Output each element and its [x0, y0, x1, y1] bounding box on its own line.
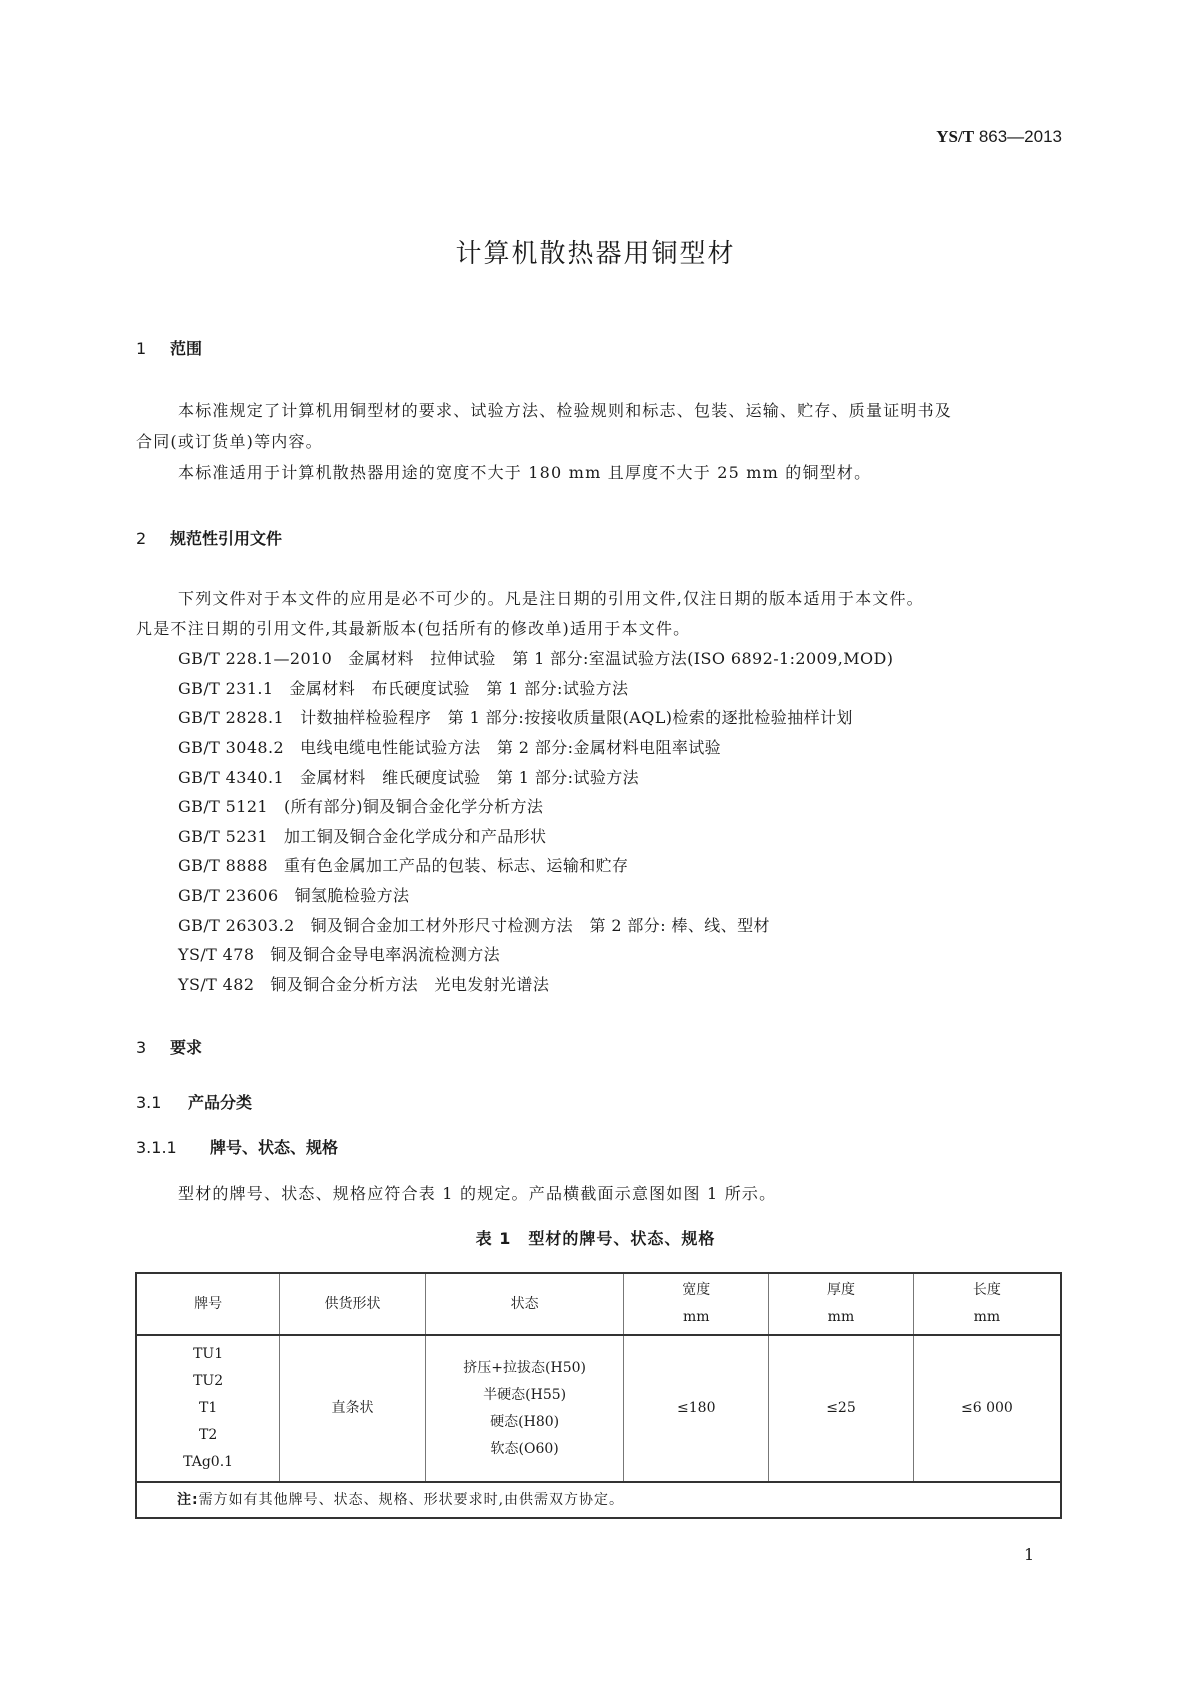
- section-3-1-heading: 3.1产品分类: [136, 1090, 252, 1113]
- header-unit: mm: [769, 1304, 913, 1331]
- section-title: 产品分类: [188, 1093, 252, 1112]
- reference-code: YS/T 478: [178, 945, 254, 964]
- reference-item: YS/T 478铜及铜合金导电率涡流检测方法: [178, 942, 500, 965]
- length-cell: ≤6 000: [913, 1335, 1061, 1482]
- reference-title: 铜及铜合金导电率涡流检测方法: [270, 945, 500, 964]
- paragraph: 下列文件对于本文件的应用是必不可少的。凡是注日期的引用文件,仅注日期的版本适用于…: [178, 586, 924, 609]
- reference-code: GB/T 23606: [178, 886, 279, 905]
- table-note-row: 注:需方如有其他牌号、状态、规格、形状要求时,由供需双方协定。: [136, 1482, 1061, 1518]
- note-label: 注:: [177, 1492, 199, 1508]
- reference-title: 金属材料 拉伸试验 第 1 部分:室温试验方法(ISO 6892-1:2009,…: [348, 649, 893, 668]
- reference-title: 铜及铜合金分析方法 光电发射光谱法: [270, 975, 549, 994]
- reference-item: GB/T 26303.2铜及铜合金加工材外形尺寸检测方法 第 2 部分: 棒、线…: [178, 913, 770, 936]
- table-row: TU1 TU2 T1 T2 TAg0.1 直条状 挤压+拉拔态(H50) 半硬态…: [136, 1335, 1061, 1482]
- section-3-1-1-heading: 3.1.1牌号、状态、规格: [136, 1135, 338, 1158]
- reference-code: GB/T 2828.1: [178, 708, 284, 727]
- column-header-grade: 牌号: [136, 1273, 280, 1335]
- grade: T2: [137, 1422, 279, 1449]
- column-header-thickness: 厚度 mm: [769, 1273, 914, 1335]
- shape-cell: 直条状: [280, 1335, 426, 1482]
- reference-code: GB/T 8888: [178, 856, 268, 875]
- section-number: 3.1: [136, 1093, 188, 1112]
- reference-code: GB/T 5231: [178, 827, 268, 846]
- width-cell: ≤180: [624, 1335, 769, 1482]
- section-number: 3.1.1: [136, 1138, 210, 1157]
- reference-title: 铜氢脆检验方法: [295, 886, 410, 905]
- note-text: 需方如有其他牌号、状态、规格、形状要求时,由供需双方协定。: [199, 1492, 624, 1508]
- reference-title: 电线电缆电性能试验方法 第 2 部分:金属材料电阻率试验: [300, 738, 721, 757]
- reference-code: GB/T 4340.1: [178, 768, 284, 787]
- paragraph: 本标准规定了计算机用铜型材的要求、试验方法、检验规则和标志、包装、运输、贮存、质…: [178, 398, 952, 421]
- table-header-row: 牌号 供货形状 状态 宽度 mm 厚度 mm 长度 mm: [136, 1273, 1061, 1335]
- header-label: 长度: [914, 1277, 1060, 1304]
- grade-temper-spec-table: 牌号 供货形状 状态 宽度 mm 厚度 mm 长度 mm TU1 TU2 T1 …: [135, 1272, 1062, 1519]
- table-caption: 表 1 型材的牌号、状态、规格: [0, 1226, 1191, 1249]
- section-3-heading: 3要求: [136, 1035, 202, 1058]
- standard-prefix: YS/T: [936, 127, 974, 146]
- column-header-temper: 状态: [425, 1273, 624, 1335]
- section-1-heading: 1范围: [136, 336, 202, 359]
- header-unit: mm: [624, 1304, 768, 1331]
- reference-title: 重有色金属加工产品的包装、标志、运输和贮存: [284, 856, 628, 875]
- temper: 软态(O60): [426, 1436, 624, 1463]
- reference-item: GB/T 8888重有色金属加工产品的包装、标志、运输和贮存: [178, 853, 628, 876]
- reference-code: GB/T 228.1—2010: [178, 649, 332, 668]
- reference-code: GB/T 26303.2: [178, 916, 295, 935]
- reference-title: 计数抽样检验程序 第 1 部分:按接收质量限(AQL)检索的逐批检验抽样计划: [300, 708, 853, 727]
- temper-cell: 挤压+拉拔态(H50) 半硬态(H55) 硬态(H80) 软态(O60): [425, 1335, 624, 1482]
- reference-item: GB/T 23606铜氢脆检验方法: [178, 883, 409, 906]
- section-title: 范围: [170, 339, 202, 358]
- grade: T1: [137, 1395, 279, 1422]
- reference-title: 加工铜及铜合金化学成分和产品形状: [284, 827, 546, 846]
- table-note: 注:需方如有其他牌号、状态、规格、形状要求时,由供需双方协定。: [136, 1482, 1061, 1518]
- reference-item: GB/T 3048.2电线电缆电性能试验方法 第 2 部分:金属材料电阻率试验: [178, 735, 721, 758]
- paragraph: 本标准适用于计算机散热器用途的宽度不大于 180 mm 且厚度不大于 25 mm…: [178, 460, 871, 483]
- grade: TAg0.1: [137, 1449, 279, 1476]
- section-title: 牌号、状态、规格: [210, 1138, 338, 1157]
- reference-item: GB/T 4340.1金属材料 维氏硬度试验 第 1 部分:试验方法: [178, 765, 639, 788]
- paragraph: 型材的牌号、状态、规格应符合表 1 的规定。产品横截面示意图如图 1 所示。: [178, 1181, 776, 1204]
- column-header-shape: 供货形状: [280, 1273, 426, 1335]
- grade: TU2: [137, 1368, 279, 1395]
- section-title: 要求: [170, 1038, 202, 1057]
- grade-cell: TU1 TU2 T1 T2 TAg0.1: [136, 1335, 280, 1482]
- reference-item: GB/T 231.1金属材料 布氏硬度试验 第 1 部分:试验方法: [178, 676, 628, 699]
- reference-title: 金属材料 布氏硬度试验 第 1 部分:试验方法: [290, 679, 629, 698]
- reference-item: GB/T 5231加工铜及铜合金化学成分和产品形状: [178, 824, 546, 847]
- reference-code: GB/T 3048.2: [178, 738, 284, 757]
- temper: 挤压+拉拔态(H50): [426, 1355, 624, 1382]
- reference-title: 金属材料 维氏硬度试验 第 1 部分:试验方法: [300, 768, 639, 787]
- reference-item: GB/T 228.1—2010金属材料 拉伸试验 第 1 部分:室温试验方法(I…: [178, 646, 893, 669]
- document-title: 计算机散热器用铜型材: [0, 233, 1191, 270]
- reference-code: GB/T 5121: [178, 797, 268, 816]
- header-label: 宽度: [624, 1277, 768, 1304]
- reference-item: YS/T 482铜及铜合金分析方法 光电发射光谱法: [178, 972, 549, 995]
- thickness-cell: ≤25: [769, 1335, 914, 1482]
- grade: TU1: [137, 1341, 279, 1368]
- temper: 硬态(H80): [426, 1409, 624, 1436]
- column-header-width: 宽度 mm: [624, 1273, 769, 1335]
- section-2-heading: 2规范性引用文件: [136, 526, 282, 549]
- paragraph: 凡是不注日期的引用文件,其最新版本(包括所有的修改单)适用于本文件。: [136, 616, 690, 639]
- reference-title: (所有部分)铜及铜合金化学分析方法: [284, 797, 543, 816]
- reference-item: GB/T 5121(所有部分)铜及铜合金化学分析方法: [178, 794, 543, 817]
- section-number: 1: [136, 339, 170, 358]
- reference-item: GB/T 2828.1计数抽样检验程序 第 1 部分:按接收质量限(AQL)检索…: [178, 705, 853, 728]
- reference-title: 铜及铜合金加工材外形尺寸检测方法 第 2 部分: 棒、线、型材: [311, 916, 770, 935]
- reference-code: GB/T 231.1: [178, 679, 274, 698]
- section-number: 2: [136, 529, 170, 548]
- paragraph: 合同(或订货单)等内容。: [136, 429, 323, 452]
- temper: 半硬态(H55): [426, 1382, 624, 1409]
- section-title: 规范性引用文件: [170, 529, 282, 548]
- section-number: 3: [136, 1038, 170, 1057]
- header-unit: mm: [914, 1304, 1060, 1331]
- column-header-length: 长度 mm: [913, 1273, 1061, 1335]
- reference-code: YS/T 482: [178, 975, 254, 994]
- standard-number: 863—2013: [979, 127, 1062, 146]
- page-number: 1: [1024, 1545, 1034, 1564]
- header-label: 厚度: [769, 1277, 913, 1304]
- standard-code: YS/T 863—2013: [936, 127, 1062, 147]
